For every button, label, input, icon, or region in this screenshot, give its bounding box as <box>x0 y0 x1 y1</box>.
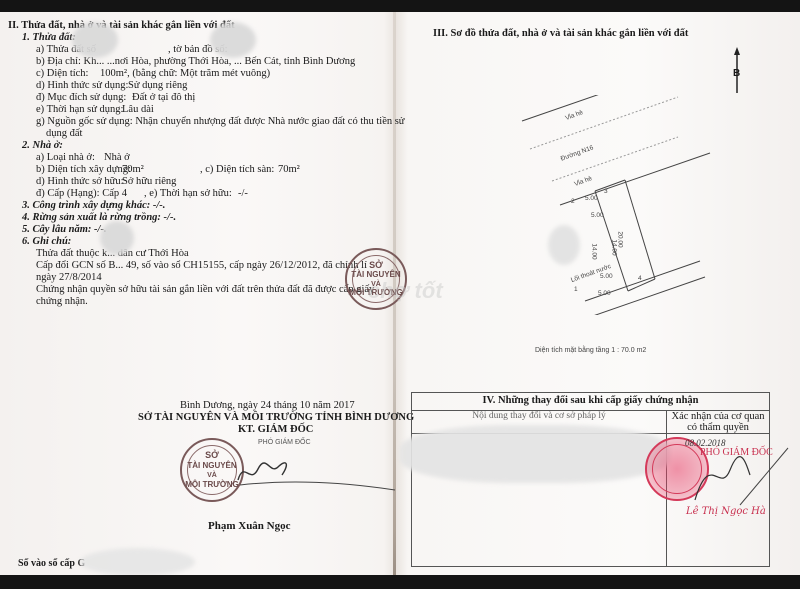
privacy-blur <box>100 221 134 255</box>
issuing-agency: SỞ TÀI NGUYÊN VÀ MÔI TRƯỜNG TỈNH BÌNH DƯ… <box>138 412 414 424</box>
section-2-title: II. Thửa đất, nhà ở và tài sản khác gắn … <box>8 20 388 32</box>
house-ownership-form: d) Hình thức sở hữu: Sở hữu riêng <box>8 176 388 188</box>
house-grade: đ) Cấp (Hạng): Cấp 4 , e) Thời hạn sở hữ… <box>8 188 388 200</box>
dim-back-width: 5.00 <box>600 273 613 280</box>
subsection-notes-title: 6. Ghi chú: <box>8 236 388 248</box>
dim-front-width: 5.00 <box>585 195 598 202</box>
parcel-origin-cont: dụng đất <box>8 128 388 140</box>
parcel-usage-purpose: đ) Mục đích sử dụng: Đất ở tại đô thị <box>8 92 388 104</box>
dim-house-width: 5.00 <box>591 212 604 219</box>
privacy-blur <box>80 548 195 576</box>
subsection-planted-forest: 4. Rừng sản xuất là rừng trồng: -/-. <box>8 212 388 224</box>
note-line: Cấp đổi GCN số B... 49, số vào sổ CH1515… <box>8 260 388 272</box>
watermark: chợ tốt <box>368 278 443 304</box>
note-line: ngày 27/8/2014 <box>8 272 388 284</box>
dim-plot-length: 20.00 <box>617 231 624 247</box>
signature-scribble <box>230 455 400 500</box>
parcel-usage-term: e) Thời hạn sử dụng: Lâu dài <box>8 104 388 116</box>
parcel-number: a) Thửa đất số , tờ bản đồ số: <box>8 44 388 56</box>
sign-title: KT. GIÁM ĐỐC <box>238 424 313 436</box>
note-line: chứng nhận. <box>8 296 388 308</box>
confirm-signature-scribble <box>690 440 790 510</box>
subsection-house-title: 2. Nhà ở: <box>8 140 388 152</box>
left-page: II. Thửa đất, nhà ở và tài sản khác gắn … <box>8 20 388 308</box>
register-number: Số vào sổ cấp G <box>18 558 85 570</box>
privacy-blur <box>210 22 256 58</box>
point-2: 2 <box>571 198 575 205</box>
top-dark-border <box>0 0 800 12</box>
dim-house-length-left: 14.00 <box>591 243 598 259</box>
privacy-blur <box>400 425 670 483</box>
parcel-address: b) Địa chỉ: Kh... ...nơi Hòa, phường Thớ… <box>8 56 388 68</box>
sign-place-date: Bình Dương, ngày 24 tháng 10 năm 2017 <box>180 400 355 412</box>
parcel-origin: g) Nguồn gốc sử dụng: Nhận chuyển nhượng… <box>8 116 388 128</box>
point-4: 4 <box>638 275 642 282</box>
section-3-title: III. Sơ đồ thửa đất, nhà ở và tài sản kh… <box>433 28 688 40</box>
parcel-usage-form: d) Hình thức sử dụng: Sử dụng riêng <box>8 80 388 92</box>
confirm-signer: Lê Thị Ngọc Hà <box>686 506 766 518</box>
changes-table-title: IV. Những thay đổi sau khi cấp giấy chứn… <box>412 393 770 411</box>
house-type: a) Loại nhà ở: Nhà ở <box>8 152 388 164</box>
col-confirmation-header: Xác nhận của cơ quan có thẩm quyền <box>667 411 770 434</box>
note-line: Chứng nhận quyền sở hữu tài sản gắn liền… <box>8 284 388 296</box>
privacy-blur <box>72 22 118 58</box>
deputy-director-label: PHÓ GIÁM ĐỐC <box>258 437 311 449</box>
point-1: 1 <box>574 286 578 293</box>
parcel-area: c) Diện tích: 100m², (bằng chữ: Một trăm… <box>8 68 388 80</box>
subsection-other-works: 3. Công trình xây dựng khác: -/-. <box>8 200 388 212</box>
house-build-area: b) Diện tích xây dựng: 70m² , c) Diện tí… <box>8 164 388 176</box>
parcel-diagram <box>500 95 740 315</box>
bottom-dark-border <box>0 575 800 589</box>
subsection-perennial-trees: 5. Cây lâu năm: -/-. <box>8 224 388 236</box>
point-3: 3 <box>604 188 608 195</box>
dim-bottom-width: 5.00 <box>598 290 611 297</box>
dim-house-length-right: 14.00 <box>611 239 618 255</box>
floor-area-caption: Diện tích mặt bằng tầng 1 : 70.0 m2 <box>535 347 646 354</box>
privacy-blur <box>548 225 580 265</box>
north-label: B <box>733 68 740 80</box>
note-line: Thửa đất thuộc k... dân cư Thới Hòa <box>8 248 388 260</box>
subsection-parcel-title: 1. Thửa đất: <box>8 32 388 44</box>
signer-name: Phạm Xuân Ngọc <box>208 520 291 532</box>
